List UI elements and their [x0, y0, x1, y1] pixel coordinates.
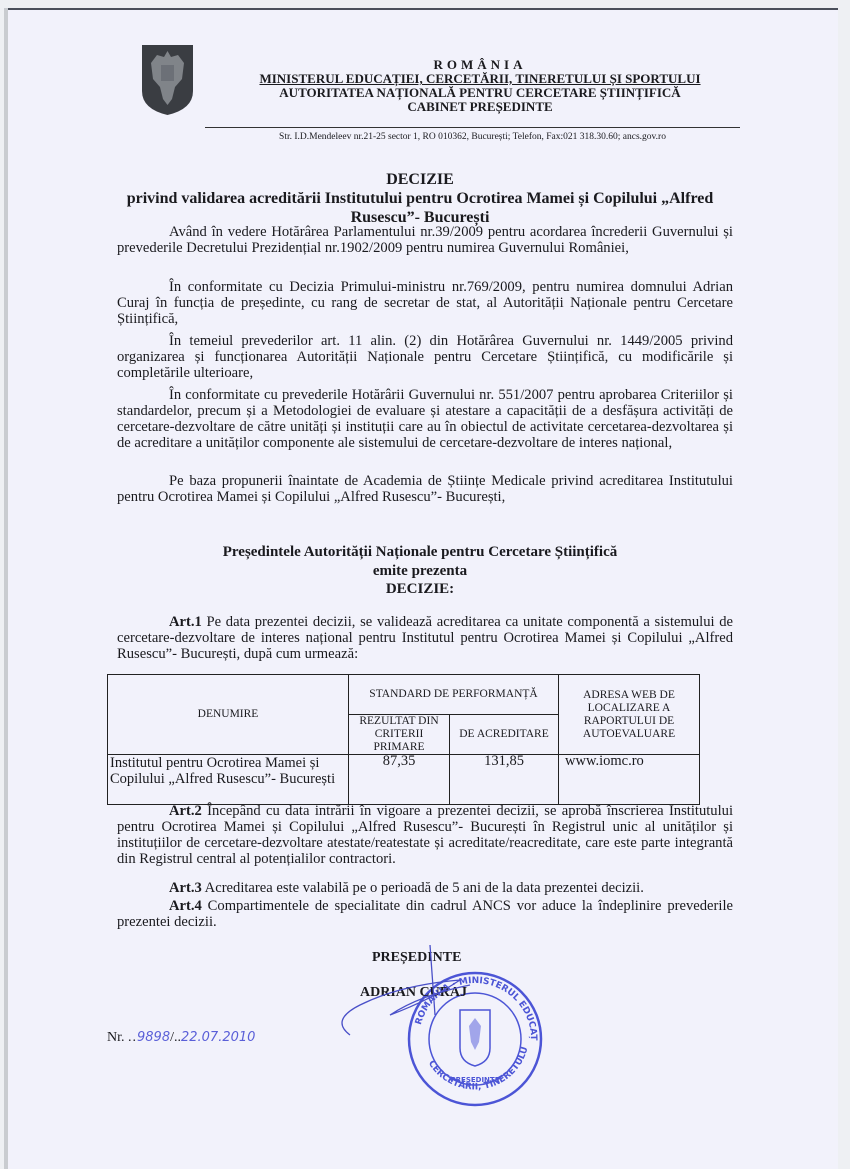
header-web-address: ADRESA WEB DE LOCALIZARE A RAPORTULUI DE…: [559, 675, 700, 755]
preamble-paragraph: Pe baza propunerii înaintate de Academia…: [117, 473, 733, 505]
letterhead-country: ROMÂNIA: [240, 58, 720, 72]
registration-number-value: 9898: [137, 1030, 170, 1045]
letterhead-cabinet: CABINET PREȘEDINTE: [240, 100, 720, 114]
preamble-paragraph: În conformitate cu Decizia Primului-mini…: [117, 279, 733, 327]
accreditation-table: DENUMIRE STANDARD DE PERFORMANȚĂ ADRESA …: [107, 674, 700, 805]
header-denumire: DENUMIRE: [108, 675, 349, 755]
cell-name: Institutul pentru Ocrotirea Mamei și Cop…: [108, 755, 349, 805]
letterhead-address: Str. I.D.Mendeleev nr.21-25 sector 1, RO…: [205, 132, 740, 142]
preamble-paragraph: În conformitate cu prevederile Hotărârii…: [117, 387, 733, 451]
registration-date: 22.07.2010: [181, 1030, 255, 1045]
article-3: Art.3 Acreditarea este valabilă pe o per…: [117, 880, 733, 896]
document-heading: DECIZIE: [100, 170, 740, 189]
letterhead-authority: AUTORITATEA NAȚIONALĂ PENTRU CERCETARE Ș…: [240, 86, 720, 100]
header-result: REZULTAT DIN CRITERII PRIMARE: [349, 715, 450, 755]
handwritten-signature-icon: [330, 945, 480, 1045]
preamble-paragraph: În temeiul prevederilor art. 11 alin. (2…: [117, 333, 733, 381]
document-subtitle-line1: privind validarea acreditării Institutul…: [100, 189, 740, 208]
issuer-line3: DECIZIE:: [100, 580, 740, 599]
cell-accreditation: 131,85: [450, 755, 559, 805]
cell-result: 87,35: [349, 755, 450, 805]
issuer-line1: Președintele Autorității Naționale pentr…: [100, 543, 740, 562]
header-standard: STANDARD DE PERFORMANȚĂ: [349, 675, 559, 715]
letterhead: ROMÂNIA MINISTERUL EDUCAȚIEI, CERCETĂRII…: [240, 58, 720, 114]
letterhead-ministry: MINISTERUL EDUCAȚIEI, CERCETĂRII, TINERE…: [240, 72, 720, 86]
coat-of-arms-icon: [140, 43, 195, 116]
article-1: Art.1 Pe data prezentei decizii, se vali…: [117, 614, 733, 662]
cell-web-link[interactable]: www.iomc.ro: [559, 755, 700, 805]
header-accreditation: DE ACREDITARE: [450, 715, 559, 755]
registration-number: Nr. ..9898/..22.07.2010: [107, 1030, 255, 1046]
preamble-paragraph: Având în vedere Hotărârea Parlamentului …: [117, 224, 733, 256]
article-4: Art.4 Compartimentele de specialitate di…: [117, 898, 733, 930]
table-row: Institutul pentru Ocrotirea Mamei și Cop…: [108, 755, 700, 805]
issuer-line2: emite prezenta: [100, 562, 740, 581]
article-2: Art.2 Începând cu data intrării în vigoa…: [117, 803, 733, 867]
letterhead-divider: [205, 127, 740, 128]
